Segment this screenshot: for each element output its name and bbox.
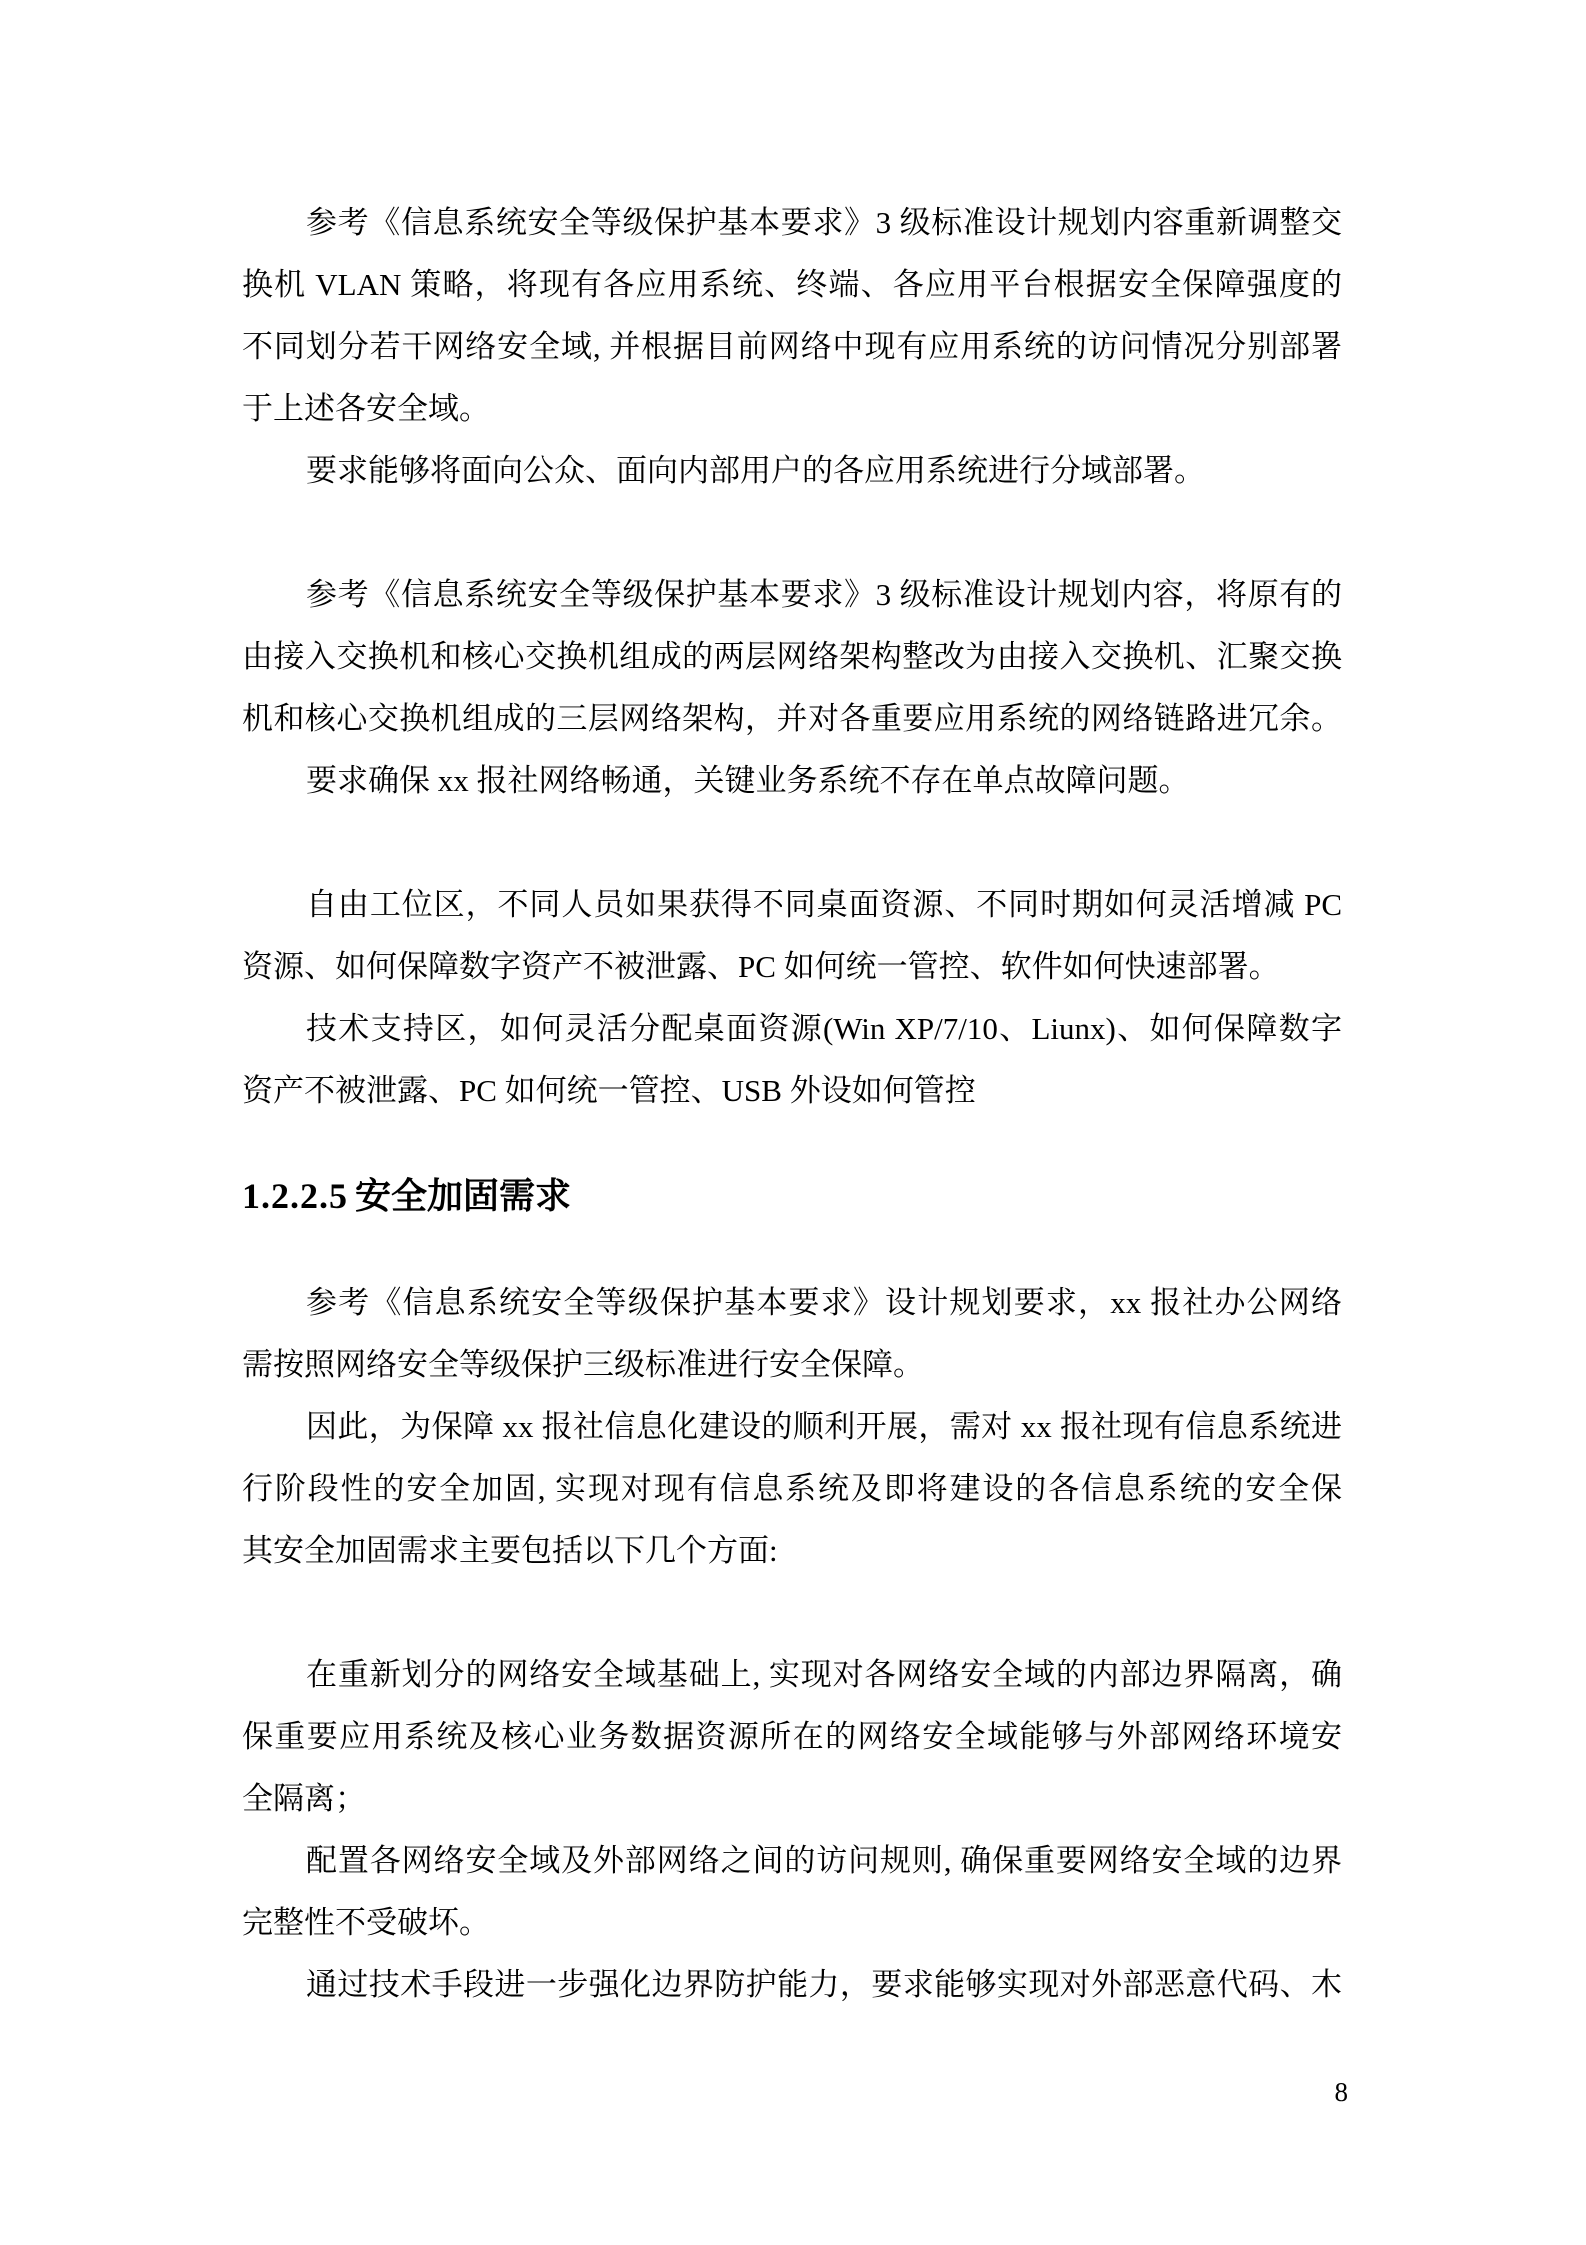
text-line: 完整性不受破坏。 (242, 1892, 1342, 1954)
text-line: 需按照网络安全等级保护三级标准进行安全保障。 (242, 1334, 1342, 1396)
paragraph: 参考《信息系统安全等级保护基本要求》3 级标准设计规划内容，将原有的 由接入交换… (242, 564, 1342, 750)
section-number: 1.2.2.5 (242, 1174, 355, 1218)
text-line: 资产不被泄露、PC 如何统一管控、USB 外设如何管控 (242, 1060, 1342, 1122)
paragraph: 技术支持区，如何灵活分配桌面资源(Win XP/7/10、Liunx)、如何保障… (242, 998, 1342, 1122)
text-line: 自由工位区，不同人员如果获得不同桌面资源、不同时期如何灵活增减 PC (242, 874, 1342, 936)
text-line: 机和核心交换机组成的三层网络架构，并对各重要应用系统的网络链路进冗余。 (242, 688, 1342, 750)
text-line: 通过技术手段进一步强化边界防护能力，要求能够实现对外部恶意代码、木 (242, 1954, 1342, 2016)
page-number: 8 (1335, 2076, 1349, 2108)
text-line: 配置各网络安全域及外部网络之间的访问规则, 确保重要网络安全域的边界 (242, 1830, 1342, 1892)
paragraph: 配置各网络安全域及外部网络之间的访问规则, 确保重要网络安全域的边界 完整性不受… (242, 1830, 1342, 1954)
text-line: 在重新划分的网络安全域基础上, 实现对各网络安全域的内部边界隔离，确 (242, 1644, 1342, 1706)
text-line: 要求能够将面向公众、面向内部用户的各应用系统进行分域部署。 (242, 440, 1342, 502)
text-line: 不同划分若干网络安全域, 并根据目前网络中现有应用系统的访问情况分别部署 (242, 316, 1342, 378)
section-title: 安全加固需求 (355, 1176, 571, 1216)
paragraph: 在重新划分的网络安全域基础上, 实现对各网络安全域的内部边界隔离，确 保重要应用… (242, 1644, 1342, 1830)
paragraph: 要求确保 xx 报社网络畅通，关键业务系统不存在单点故障问题。 (242, 750, 1342, 812)
paragraph: 参考《信息系统安全等级保护基本要求》设计规划要求，xx 报社办公网络 需按照网络… (242, 1272, 1342, 1396)
text-line: 保重要应用系统及核心业务数据资源所在的网络安全域能够与外部网络环境安 (242, 1706, 1342, 1768)
paragraph: 通过技术手段进一步强化边界防护能力，要求能够实现对外部恶意代码、木 (242, 1954, 1342, 2016)
text-line: 于上述各安全域。 (242, 378, 1342, 440)
paragraph: 参考《信息系统安全等级保护基本要求》3 级标准设计规划内容重新调整交 换机 VL… (242, 192, 1342, 440)
bullet-item: ●平台空间 PC 终端数据管控 (242, 812, 1342, 874)
text-line: 参考《信息系统安全等级保护基本要求》3 级标准设计规划内容，将原有的 (242, 564, 1342, 626)
text-line: 参考《信息系统安全等级保护基本要求》设计规划要求，xx 报社办公网络 (242, 1272, 1342, 1334)
paragraph: 因此，为保障 xx 报社信息化建设的顺利开展，需对 xx 报社现有信息系统进 行… (242, 1396, 1342, 1582)
paragraph: 自由工位区，不同人员如果获得不同桌面资源、不同时期如何灵活增减 PC 资源、如何… (242, 874, 1342, 998)
text-line: 技术支持区，如何灵活分配桌面资源(Win XP/7/10、Liunx)、如何保障… (242, 998, 1342, 1060)
text-line: 因此，为保障 xx 报社信息化建设的顺利开展，需对 xx 报社现有信息系统进 (242, 1396, 1342, 1458)
text-line: 资源、如何保障数字资产不被泄露、PC 如何统一管控、软件如何快速部署。 (242, 936, 1342, 998)
bullet-item: ●安全域隔离 (242, 1582, 1342, 1644)
text-line: 行阶段性的安全加固, 实现对现有信息系统及即将建设的各信息系统的安全保障， (242, 1458, 1342, 1520)
paragraph: 要求能够将面向公众、面向内部用户的各应用系统进行分域部署。 (242, 440, 1342, 502)
text-line: 全隔离； (242, 1768, 1342, 1830)
document-page: 参考《信息系统安全等级保护基本要求》3 级标准设计规划内容重新调整交 换机 VL… (0, 0, 1586, 2245)
text-line: 参考《信息系统安全等级保护基本要求》3 级标准设计规划内容重新调整交 (242, 192, 1342, 254)
document-body: 参考《信息系统安全等级保护基本要求》3 级标准设计规划内容重新调整交 换机 VL… (242, 192, 1342, 2016)
section-heading: 1.2.2.5安全加固需求 (242, 1174, 1342, 1218)
text-line: 其安全加固需求主要包括以下几个方面: (242, 1520, 1342, 1582)
bullet-item: ●网络结构优化 (242, 502, 1342, 564)
text-line: 由接入交换机和核心交换机组成的两层网络架构整改为由接入交换机、汇聚交换 (242, 626, 1342, 688)
text-line: 换机 VLAN 策略，将现有各应用系统、终端、各应用平台根据安全保障强度的 (242, 254, 1342, 316)
text-line: 要求确保 xx 报社网络畅通，关键业务系统不存在单点故障问题。 (242, 750, 1342, 812)
